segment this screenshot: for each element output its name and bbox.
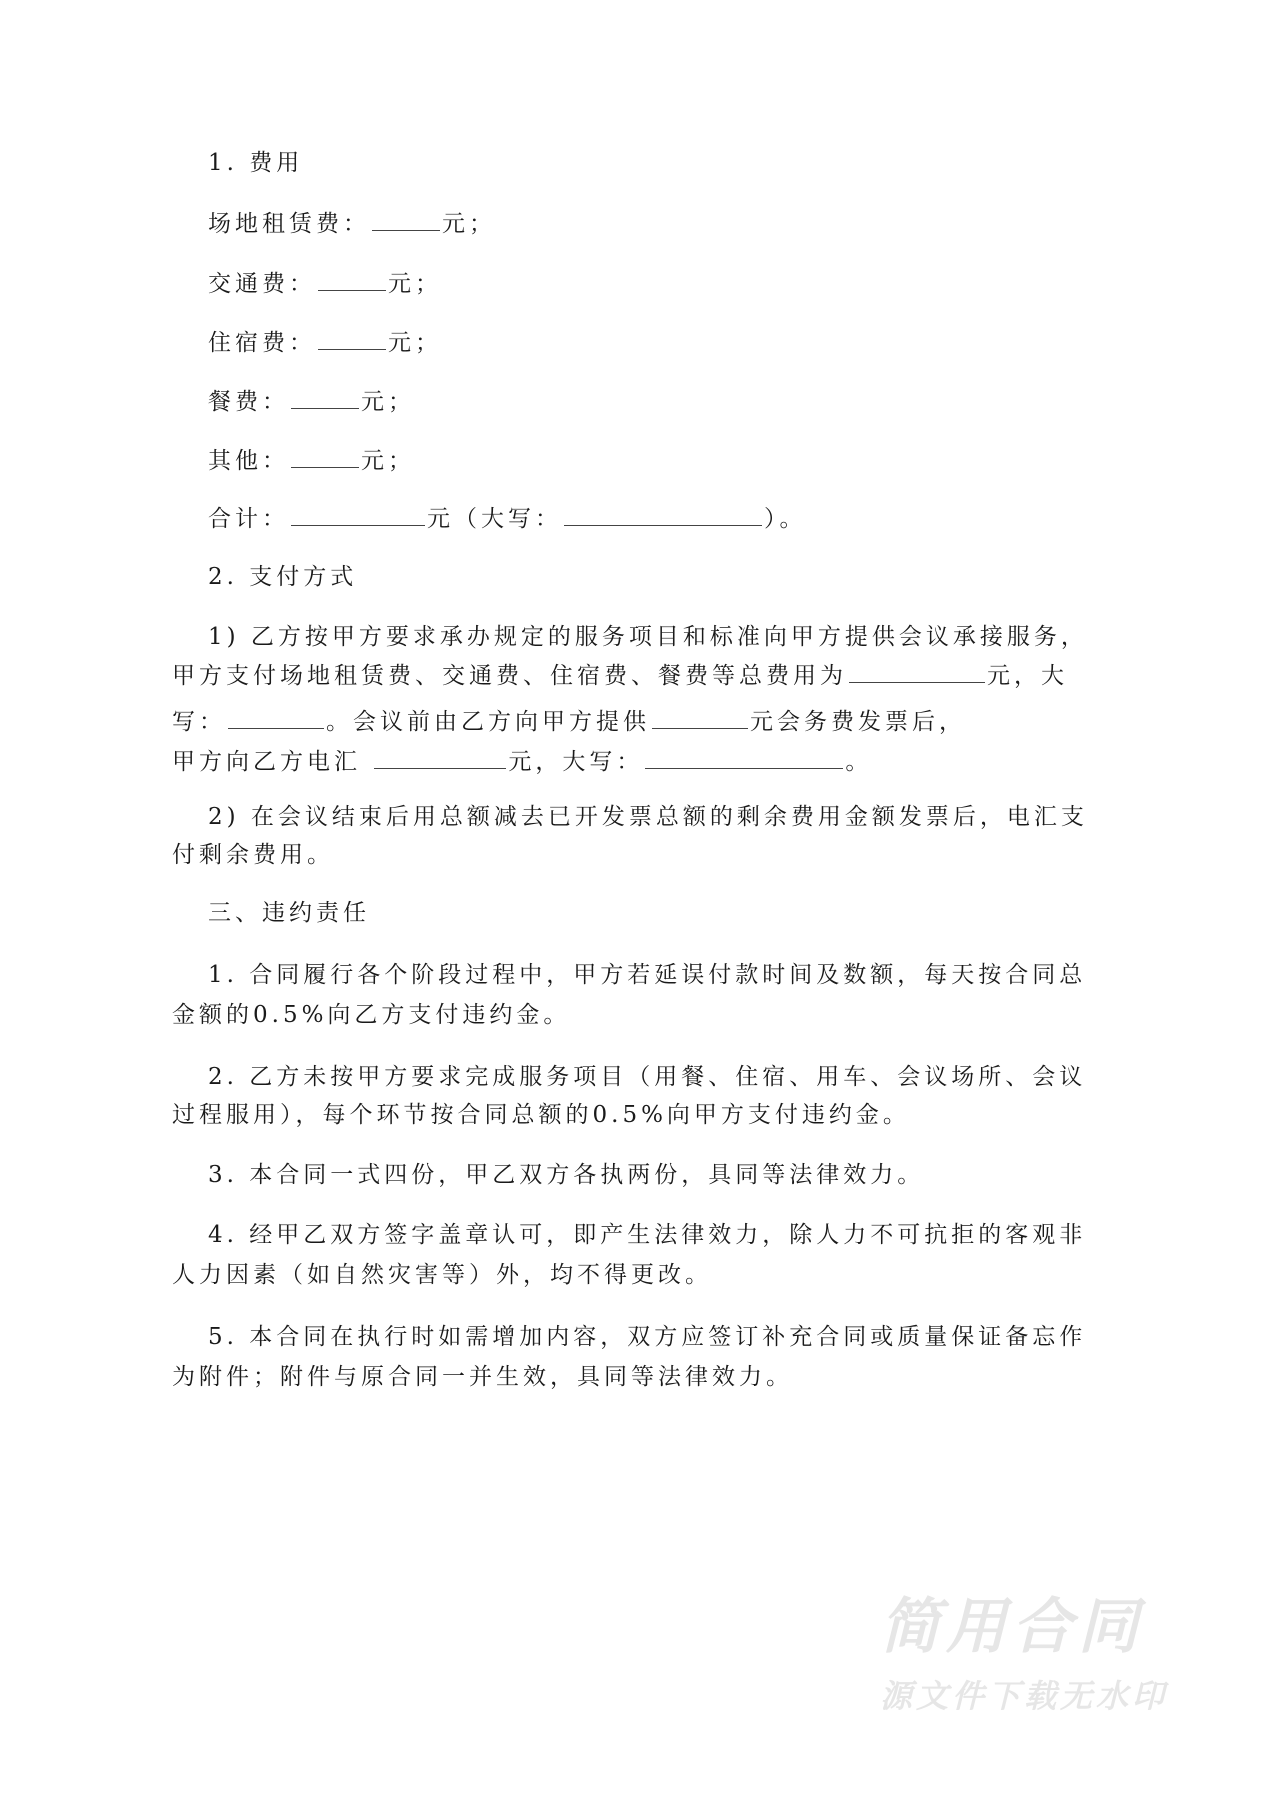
fee-blank [318,327,386,350]
fee-total: 合计：元（大写：）。 [208,503,807,534]
liability-clause-4-line2: 人力因素（如自然灾害等）外，均不得更改。 [172,1260,712,1290]
fee-blank [318,268,386,291]
text-segment: 甲方支付场地租赁费、交通费、住宿费、餐费等总费用为 [172,663,847,689]
payment-para1-line2: 甲方支付场地租赁费、交通费、住宿费、餐费等总费用为元，大 [172,660,1068,691]
text-segment: 元，大写： [508,749,643,775]
wire-amount-blank [374,746,506,769]
total-label: 合计： [208,506,289,532]
fee-unit: 元； [361,389,415,415]
watermark-sub-text: 源文件下载无水印 [880,1676,1210,1716]
liability-clause-2-line1: 2. 乙方未按甲方要求完成服务项目（用餐、住宿、用车、会议场所、会议 [208,1062,1086,1092]
capital-blank [228,706,324,729]
liability-heading: 三、违约责任 [208,898,370,928]
fee-item-meals: 餐费：元； [208,386,415,417]
fee-label: 住宿费： [208,330,316,356]
fee-blank [291,386,359,409]
fee-blank [291,445,359,468]
wire-capital-blank [645,746,843,769]
document-page: 1. 费用 场地租赁费：元； 交通费：元； 住宿费：元； 餐费：元； 其他：元；… [0,0,1280,1810]
payment-para1-line3: 写：。会议前由乙方向甲方提供元会务费发票后， [172,706,966,737]
total-amount-blank [291,503,425,526]
fee-unit: 元； [388,330,442,356]
fee-label: 餐费： [208,389,289,415]
fees-heading: 1. 费用 [208,148,303,178]
text-segment: 。会议前由乙方向甲方提供 [326,709,650,735]
liability-clause-1-line2: 金额的0.5%向乙方支付违约金。 [172,1000,570,1030]
fee-item-other: 其他：元； [208,445,415,476]
payment-para2-line2: 付剩余费用。 [172,840,334,870]
liability-clause-2-line2: 过程服用），每个环节按合同总额的0.5%向甲方支付违约金。 [172,1100,910,1130]
payment-para1-line1: 1) 乙方按甲方要求承办规定的服务项目和标准向甲方提供会议承接服务， [208,622,1088,652]
fee-item-transport: 交通费：元； [208,268,442,299]
invoice-amount-blank [652,706,748,729]
liability-clause-5-line2: 为附件；附件与原合同一并生效，具同等法律效力。 [172,1362,793,1392]
total-end: ）。 [764,506,807,532]
payment-para1-line4: 甲方向乙方电汇 元，大写：。 [172,746,872,777]
text-segment: 元会务费发票后， [750,709,966,735]
liability-clause-4-line1: 4. 经甲乙双方签字盖章认可，即产生法律效力，除人力不可抗拒的客观非 [208,1220,1086,1250]
total-capital-blank [564,503,762,526]
liability-clause-1-line1: 1. 合同履行各个阶段过程中，甲方若延误付款时间及数额，每天按合同总 [208,960,1086,990]
fee-unit: 元； [388,271,442,297]
liability-clause-5-line1: 5. 本合同在执行时如需增加内容，双方应签订补充合同或质量保证备忘作 [208,1322,1086,1352]
liability-clause-3: 3. 本合同一式四份，甲乙双方各执两份，具同等法律效力。 [208,1160,924,1190]
fee-unit: 元； [442,211,496,237]
total-unit: 元（大写： [427,506,562,532]
total-fee-blank [849,660,985,683]
fee-blank [372,208,440,231]
text-segment: 元，大 [987,663,1068,689]
fee-unit: 元； [361,448,415,474]
text-segment: 。 [845,749,872,775]
fee-label: 其他： [208,448,289,474]
text-segment: 甲方向乙方电汇 [172,749,361,775]
payment-heading: 2. 支付方式 [208,562,357,592]
fee-item-lodging: 住宿费：元； [208,327,442,358]
fee-label: 场地租赁费： [208,211,370,237]
fee-label: 交通费： [208,271,316,297]
fee-item-venue: 场地租赁费：元； [208,208,496,239]
watermark-main-text: 简用合同 [880,1592,1210,1662]
payment-para2-line1: 2) 在会议结束后用总额减去已开发票总额的剩余费用金额发票后，电汇支 [208,802,1088,832]
watermark: 简用合同 源文件下载无水印 [880,1592,1210,1716]
text-segment: 写： [172,709,226,735]
